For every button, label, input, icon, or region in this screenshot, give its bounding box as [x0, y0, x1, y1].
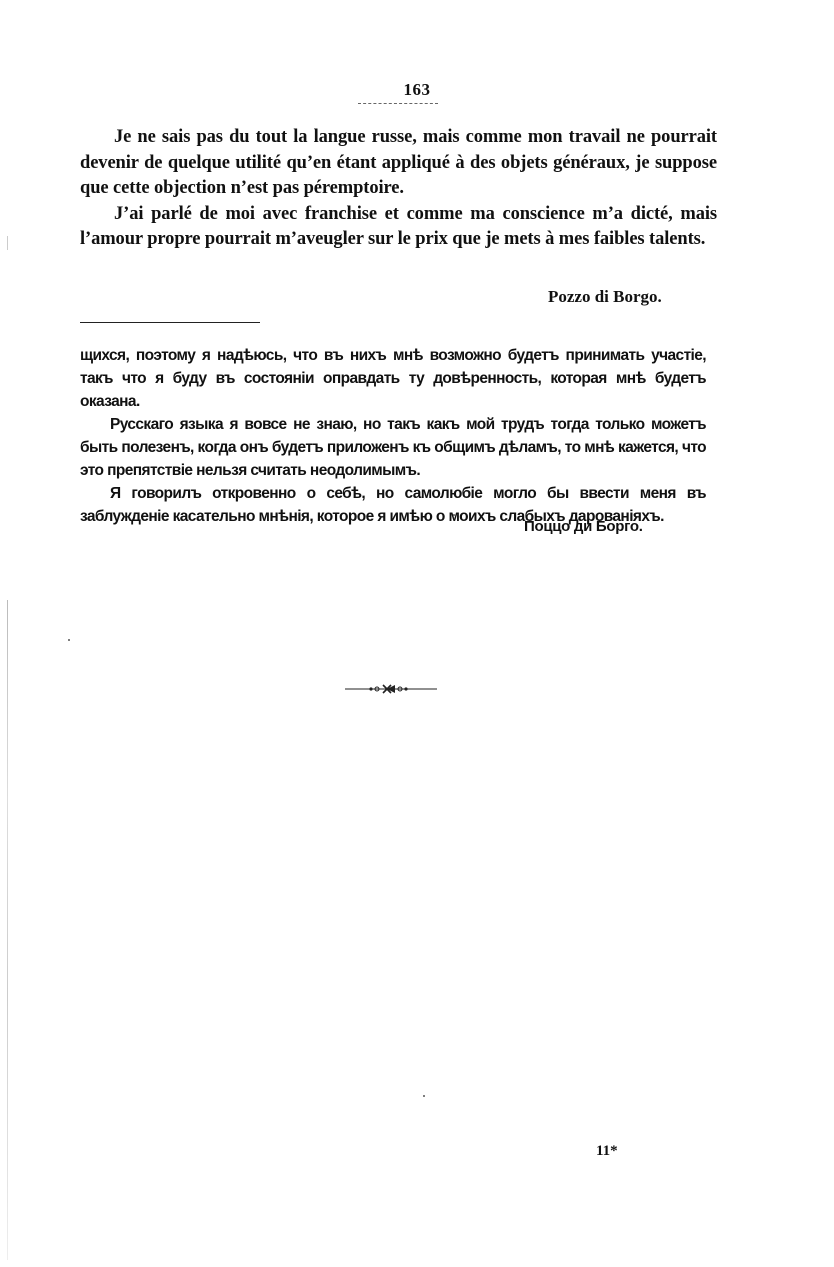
footnote-separator-rule: [80, 322, 260, 323]
ornamental-divider-icon: [345, 682, 437, 696]
page-number: 163: [0, 80, 834, 100]
print-speck: [453, 514, 455, 516]
russian-text-block: щихся, поэтому я надѣюсь, что въ нихъ мн…: [80, 344, 706, 528]
french-text-block: Je ne sais pas du tout la langue russe, …: [80, 125, 717, 253]
print-speck: [68, 639, 70, 641]
page-edge-shadow: [7, 600, 8, 1260]
french-paragraph-1: Je ne sais pas du tout la langue russe, …: [80, 125, 717, 202]
russian-continuation: щихся, поэтому я надѣюсь, что въ нихъ мн…: [80, 344, 706, 413]
print-speck: [423, 1095, 425, 1097]
header-rule: [358, 103, 438, 105]
russian-signature: Поццо ди Борго.: [524, 518, 643, 535]
russian-paragraph-1: Русскаго языка я вовсе не знаю, но такъ …: [80, 413, 706, 482]
page-edge-mark: [7, 236, 8, 250]
printer-signature-mark: 11*: [596, 1143, 618, 1160]
french-paragraph-2: J’ai parlé de moi avec franchise et comm…: [80, 202, 717, 253]
french-signature: Pozzo di Borgo.: [548, 287, 662, 307]
